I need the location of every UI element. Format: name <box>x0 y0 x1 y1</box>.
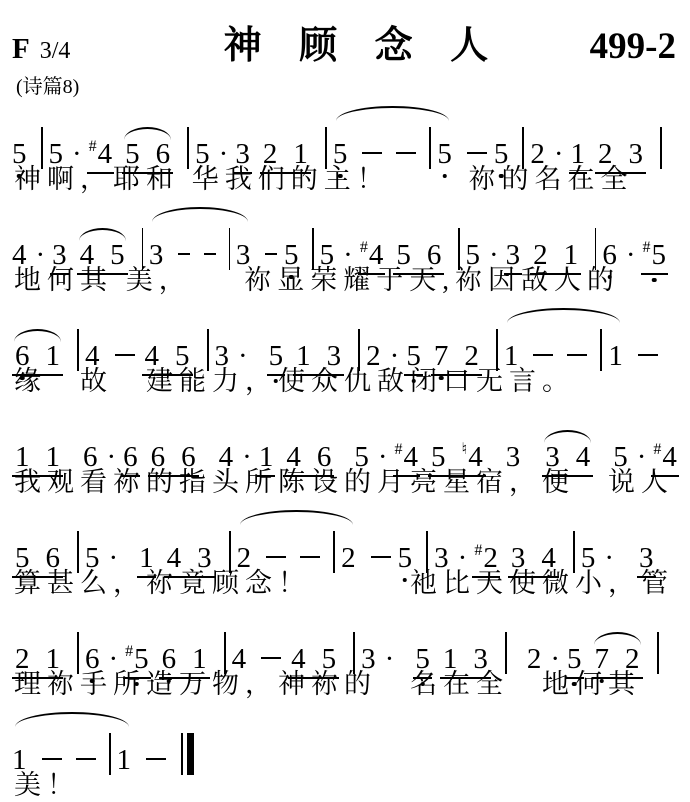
note: 3 <box>473 645 488 674</box>
slur-arc <box>79 228 126 241</box>
note: 1 <box>257 443 276 477</box>
key-letter: F <box>12 33 30 65</box>
note: 5 <box>12 140 27 169</box>
barline <box>358 329 360 371</box>
note: 1 <box>192 645 207 674</box>
notation-row: 565·1432253·#2345·3 <box>12 508 676 564</box>
note: 4 <box>85 342 100 371</box>
sharp-accidental-icon: # <box>125 643 133 660</box>
note: 3 <box>236 241 251 270</box>
final-barline-thick <box>187 733 194 775</box>
note: 1 <box>443 645 458 674</box>
notation-row: 11 <box>12 710 676 766</box>
barline <box>600 329 602 371</box>
note: 5 <box>494 140 509 169</box>
barline <box>657 632 659 674</box>
note: 3 <box>215 342 230 371</box>
music-line: 565·1432253·#2345·3算甚么，祢竟顾念！ 祂比天使微小，管 <box>12 508 676 599</box>
note: 2 <box>625 645 640 674</box>
beam-group: 56 <box>12 544 63 578</box>
beam-group: 23 <box>595 140 646 174</box>
note: 3 <box>506 443 521 472</box>
duration-dash <box>300 556 320 559</box>
notation-row: 4·3453355·#4565·3216·#5 <box>12 205 676 261</box>
beam-group: 13 <box>440 645 491 679</box>
sharp-accidental-icon: # <box>643 239 651 256</box>
barline <box>229 228 230 270</box>
barline <box>77 329 79 371</box>
notation-row: 216·#5614453·5132·572 <box>12 609 676 665</box>
note: 4 <box>167 544 182 573</box>
beam-group: 21 <box>12 645 63 679</box>
note: #4 <box>393 443 421 477</box>
barline <box>41 127 43 169</box>
scripture-reference: (诗篇8) <box>16 70 676 94</box>
beam-group: 11 <box>12 443 63 477</box>
note: 5 <box>284 241 299 270</box>
note: 1 <box>569 140 588 174</box>
note: 4 <box>80 241 95 270</box>
duration-dash <box>467 152 487 155</box>
duration-dash <box>371 556 391 559</box>
note: 5 <box>333 140 348 169</box>
music-line: 4·3453355·#4565·3216·#5地何其 美， 祢显荣耀于天,祢因敌… <box>12 205 676 296</box>
note: 5 <box>267 342 286 376</box>
note: 2 <box>530 140 545 169</box>
note: 5 <box>466 241 481 270</box>
duration-dash <box>76 758 96 761</box>
note: 3 <box>504 241 523 275</box>
note: 4 <box>12 241 27 270</box>
duration-dash <box>266 556 286 559</box>
notation-row: 116·6664·1465·#45♮43345·#4 <box>12 407 676 463</box>
note: 1 <box>564 241 579 270</box>
duration-dot: · <box>109 645 119 674</box>
header: F3/4 神 顾 念 人 499-2 <box>12 14 676 69</box>
notation-row: 614453·5132·57211 <box>12 306 676 362</box>
note: 1 <box>46 443 61 472</box>
beam-group: 21 <box>260 140 311 174</box>
note: 2 <box>598 140 613 169</box>
note: ♮4 <box>462 443 483 472</box>
barline <box>77 632 79 674</box>
note: 1 <box>46 342 61 371</box>
note: 5 <box>404 342 423 376</box>
note: 5 <box>565 645 584 679</box>
barline <box>660 127 662 169</box>
note: 6 <box>602 241 617 270</box>
beam-group: 34 <box>542 443 593 477</box>
music-line: 55·#4565·3215552·123神啊，耶和 华我们的主！ 祢的名在全 <box>12 104 676 195</box>
note: 3 <box>197 544 212 573</box>
barline <box>229 531 231 573</box>
sharp-accidental-icon: # <box>474 542 482 559</box>
barline <box>595 228 596 270</box>
duration-dot: · <box>109 544 119 573</box>
duration-dash <box>261 657 281 660</box>
hymn-title: 神 顾 念 人 <box>122 14 590 69</box>
note: 6 <box>156 140 171 169</box>
note: 4 <box>576 443 591 472</box>
duration-dash <box>362 152 382 155</box>
beam-group: 66 <box>148 443 199 477</box>
sharp-accidental-icon: # <box>89 138 97 155</box>
duration-dot: · <box>242 443 252 472</box>
note: 6 <box>15 342 30 371</box>
duration-dash <box>396 152 416 155</box>
note: 2 <box>366 342 381 371</box>
duration-dot: · <box>390 342 400 371</box>
note: 5 <box>396 241 411 270</box>
slur-arc <box>14 329 61 342</box>
barline <box>429 127 431 169</box>
beam-group: 72 <box>431 342 482 376</box>
lyrics-line: 缘 故 建能力，使众仇敌闭口无言。 <box>14 366 676 397</box>
note: 3 <box>327 342 342 371</box>
duration-dot: · <box>72 140 82 169</box>
tie-arc <box>15 712 129 727</box>
barline <box>426 531 428 573</box>
note: 2 <box>341 544 356 573</box>
note: 6 <box>85 645 100 674</box>
sharp-accidental-icon: # <box>360 239 368 256</box>
duration-dot: · <box>550 645 560 674</box>
note: #4 <box>651 443 679 477</box>
beam-group: 56 <box>393 241 444 275</box>
duration-dash <box>567 354 587 357</box>
note: 3 <box>149 241 164 270</box>
note: 6 <box>317 443 332 472</box>
slur-arc <box>594 632 641 645</box>
note: 4 <box>219 443 234 472</box>
barline <box>458 228 459 270</box>
sharp-accidental-icon: # <box>395 441 403 458</box>
tie-arc <box>152 207 248 222</box>
note: 5 <box>398 544 413 573</box>
note: 5 <box>320 241 335 270</box>
note: #4 <box>87 140 115 174</box>
barline <box>333 531 335 573</box>
barline <box>109 733 111 775</box>
time-signature: 3/4 <box>40 38 71 64</box>
beam-group: 61 <box>159 645 210 679</box>
note: 6 <box>427 241 442 270</box>
barline <box>224 632 226 674</box>
duration-dot: · <box>385 645 395 674</box>
duration-dot: · <box>107 443 117 472</box>
beam-group: 5♮4 <box>428 443 486 477</box>
note: 4 <box>232 645 247 674</box>
music-line: 11美！ <box>12 710 676 801</box>
beam-group: 72 <box>592 645 643 679</box>
note: 5 <box>49 140 64 169</box>
note: 6 <box>181 443 196 472</box>
lyrics-line: 美！ <box>14 770 676 801</box>
tie-arc <box>507 308 620 323</box>
music-notation: 55·#4565·3215552·123神啊，耶和 华我们的主！ 祢的名在全4·… <box>12 104 676 801</box>
note: 5 <box>354 443 369 472</box>
note: 1 <box>15 443 30 472</box>
barline <box>505 632 507 674</box>
note: 1 <box>504 342 519 371</box>
beam-group: 13 <box>293 342 344 376</box>
duration-dot: · <box>219 140 229 169</box>
note: 5 <box>437 140 452 169</box>
duration-dot: · <box>343 241 353 270</box>
duration-dash <box>178 253 190 256</box>
duration-dot: · <box>238 342 248 371</box>
music-line: 614453·5132·57211缘 故 建能力，使众仇敌闭口无言。 <box>12 306 676 397</box>
note: 3 <box>511 544 526 573</box>
note: 3 <box>50 241 69 275</box>
note: 1 <box>293 140 308 169</box>
natural-accidental-icon: ♮ <box>462 441 468 458</box>
hymn-number: 499-2 <box>590 25 676 68</box>
note: 6 <box>121 443 140 477</box>
barline <box>142 228 143 270</box>
barline <box>353 632 355 674</box>
note: 4 <box>541 544 556 573</box>
beam-group: 21 <box>530 241 581 275</box>
note: 1 <box>12 746 27 775</box>
beam-group: 45 <box>77 241 128 275</box>
note: 5 <box>195 140 210 169</box>
note: 3 <box>629 140 644 169</box>
slur-arc <box>544 430 591 443</box>
duration-dash <box>146 758 166 761</box>
music-line: 116·6664·1465·#45♮43345·#4我观看祢的指头所陈设的月亮星… <box>12 407 676 498</box>
note: 7 <box>595 645 610 674</box>
note: 5 <box>175 342 190 371</box>
notation-row: 55·#4565·3215552·123 <box>12 104 676 160</box>
duration-dash <box>638 354 658 357</box>
note: 3 <box>434 544 449 573</box>
beam-group: 45 <box>288 645 339 679</box>
note: 1 <box>46 645 61 674</box>
note: 1 <box>117 746 132 775</box>
final-barline <box>181 733 194 775</box>
barline <box>522 127 524 169</box>
note: 5 <box>322 645 337 674</box>
note: 6 <box>83 443 98 472</box>
note: 4 <box>286 443 301 472</box>
note: 4 <box>145 342 160 371</box>
beam-group: 45 <box>142 342 193 376</box>
duration-dot: · <box>604 544 614 573</box>
beam-group: 61 <box>12 342 63 376</box>
duration-dash <box>265 253 277 256</box>
duration-dash <box>42 758 62 761</box>
barline <box>312 228 313 270</box>
note: 5 <box>15 544 30 573</box>
note: 1 <box>296 342 311 371</box>
sharp-accidental-icon: # <box>653 441 661 458</box>
barline <box>187 127 189 169</box>
note: 4 <box>291 645 306 674</box>
note: 1 <box>608 342 623 371</box>
beam-group: 34 <box>508 544 559 578</box>
duration-dot: · <box>378 443 388 472</box>
note: 5 <box>613 443 628 472</box>
duration-dot: · <box>626 241 636 270</box>
beam-group: 46 <box>283 443 334 477</box>
final-barline-thin <box>181 733 183 775</box>
note: 2 <box>237 544 252 573</box>
note: 5 <box>431 443 446 472</box>
barline <box>207 329 209 371</box>
note: 1 <box>137 544 156 578</box>
duration-dot: · <box>554 140 564 169</box>
slur-arc <box>124 127 171 140</box>
duration-dash <box>533 354 553 357</box>
note: 3 <box>545 443 560 472</box>
barline <box>496 329 498 371</box>
note: 2 <box>263 140 278 169</box>
note: 2 <box>527 645 542 674</box>
duration-dash <box>115 354 135 357</box>
duration-dash <box>204 253 216 256</box>
note: 5 <box>413 645 432 679</box>
note: 5 <box>85 544 100 573</box>
key-signature: F3/4 <box>12 33 122 66</box>
barline <box>573 531 575 573</box>
tie-arc <box>336 106 449 121</box>
note: 3 <box>233 140 252 174</box>
barline <box>325 127 327 169</box>
hymn-sheet: F3/4 神 顾 念 人 499-2 (诗篇8) 55·#4565·321555… <box>0 0 690 801</box>
tie-arc <box>240 510 353 525</box>
duration-dot: · <box>458 544 468 573</box>
note: 6 <box>162 645 177 674</box>
note: 2 <box>533 241 548 270</box>
note: 3 <box>637 544 656 578</box>
beam-group: 43 <box>164 544 215 578</box>
barline <box>77 531 79 573</box>
note: #4 <box>358 241 386 275</box>
music-line: 216·#5614453·5132·572理祢手所造万物，神祢的 名在全 地何其 <box>12 609 676 700</box>
note: 7 <box>434 342 449 371</box>
note: 5 <box>110 241 125 270</box>
note: 3 <box>361 645 376 674</box>
note: #5 <box>641 241 669 275</box>
duration-dot: · <box>36 241 46 270</box>
beam-group: 56 <box>122 140 173 174</box>
note: 6 <box>46 544 61 573</box>
note: 2 <box>464 342 479 371</box>
duration-dot: · <box>489 241 499 270</box>
note: #5 <box>123 645 151 679</box>
note: 2 <box>15 645 30 674</box>
note: #2 <box>472 544 500 578</box>
duration-dot: · <box>637 443 647 472</box>
note: 5 <box>125 140 140 169</box>
note: 5 <box>581 544 596 573</box>
note: 6 <box>151 443 166 472</box>
